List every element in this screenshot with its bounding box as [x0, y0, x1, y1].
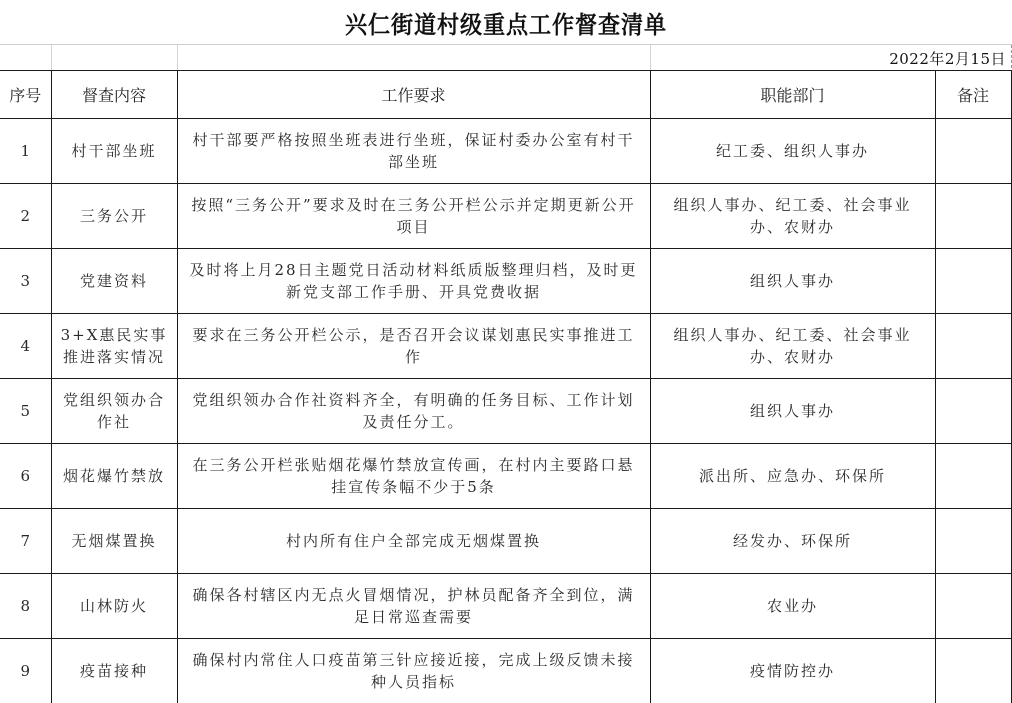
table-row: 2 三务公开 按照“三务公开”要求及时在三务公开栏公示并定期更新公开项目 组织人…: [0, 184, 1011, 249]
cell-remark: [935, 314, 1011, 379]
cell-requirement: 村干部要严格按照坐班表进行坐班，保证村委办公室有村干部坐班: [177, 119, 650, 184]
cell-department: 农业办: [650, 574, 935, 639]
cell-content: 无烟煤置换: [51, 509, 177, 574]
header-requirement: 工作要求: [177, 71, 650, 119]
cell-remark: [935, 509, 1011, 574]
cell-requirement: 确保各村辖区内无点火冒烟情况，护林员配备齐全到位，满足日常巡查需要: [177, 574, 650, 639]
cell-department: 疫情防控办: [650, 639, 935, 703]
title-row: 兴仁街道村级重点工作督查清单: [0, 0, 1012, 45]
document-title: 兴仁街道村级重点工作督查清单: [345, 5, 667, 40]
cell-requirement: 按照“三务公开”要求及时在三务公开栏公示并定期更新公开项目: [177, 184, 650, 249]
cell-department: 组织人事办、纪工委、社会事业办、农财办: [650, 314, 935, 379]
cell-seq: 6: [0, 444, 51, 509]
header-seq: 序号: [0, 71, 51, 119]
cell-seq: 4: [0, 314, 51, 379]
cell-seq: 5: [0, 379, 51, 444]
cell-seq: 2: [0, 184, 51, 249]
grid-line: [650, 45, 651, 70]
date-row: 2022年2月15日: [0, 45, 1012, 70]
grid-line: [177, 45, 178, 70]
table-row: 1 村干部坐班 村干部要严格按照坐班表进行坐班，保证村委办公室有村干部坐班 纪工…: [0, 119, 1011, 184]
cell-requirement: 党组织领办合作社资料齐全，有明确的任务目标、工作计划及责任分工。: [177, 379, 650, 444]
cell-content: 三务公开: [51, 184, 177, 249]
cell-requirement: 要求在三务公开栏公示，是否召开会议谋划惠民实事推进工作: [177, 314, 650, 379]
cell-content: 村干部坐班: [51, 119, 177, 184]
header-row: 序号 督查内容 工作要求 职能部门 备注: [0, 71, 1011, 119]
cell-department: 组织人事办、纪工委、社会事业办、农财办: [650, 184, 935, 249]
cell-remark: [935, 379, 1011, 444]
grid-line: [51, 45, 52, 70]
cell-requirement: 在三务公开栏张贴烟花爆竹禁放宣传画，在村内主要路口悬挂宣传条幅不少于5条: [177, 444, 650, 509]
cell-content: 烟花爆竹禁放: [51, 444, 177, 509]
table-row: 7 无烟煤置换 村内所有住户全部完成无烟煤置换 经发办、环保所: [0, 509, 1011, 574]
table-row: 4 3+X惠民实事推进落实情况 要求在三务公开栏公示，是否召开会议谋划惠民实事推…: [0, 314, 1011, 379]
cell-department: 派出所、应急办、环保所: [650, 444, 935, 509]
table-row: 3 党建资料 及时将上月28日主题党日活动材料纸质版整理归档，及时更新党支部工作…: [0, 249, 1011, 314]
cell-department: 纪工委、组织人事办: [650, 119, 935, 184]
cell-remark: [935, 184, 1011, 249]
cell-seq: 1: [0, 119, 51, 184]
cell-remark: [935, 444, 1011, 509]
cell-remark: [935, 639, 1011, 703]
cell-remark: [935, 119, 1011, 184]
table-row: 6 烟花爆竹禁放 在三务公开栏张贴烟花爆竹禁放宣传画，在村内主要路口悬挂宣传条幅…: [0, 444, 1011, 509]
table-row: 8 山林防火 确保各村辖区内无点火冒烟情况，护林员配备齐全到位，满足日常巡查需要…: [0, 574, 1011, 639]
cell-requirement: 村内所有住户全部完成无烟煤置换: [177, 509, 650, 574]
header-content: 督查内容: [51, 71, 177, 119]
cell-seq: 3: [0, 249, 51, 314]
cell-requirement: 及时将上月28日主题党日活动材料纸质版整理归档，及时更新党支部工作手册、开具党费…: [177, 249, 650, 314]
cell-remark: [935, 574, 1011, 639]
cell-department: 组织人事办: [650, 249, 935, 314]
cell-remark: [935, 249, 1011, 314]
cell-seq: 7: [0, 509, 51, 574]
cell-requirement: 确保村内常住人口疫苗第三针应接近接，完成上级反馈未接种人员指标: [177, 639, 650, 703]
cell-department: 经发办、环保所: [650, 509, 935, 574]
cell-content: 党组织领办合作社: [51, 379, 177, 444]
cell-content: 3+X惠民实事推进落实情况: [51, 314, 177, 379]
document-date: 2022年2月15日: [889, 48, 1006, 69]
cell-department: 组织人事办: [650, 379, 935, 444]
header-remark: 备注: [935, 71, 1011, 119]
header-department: 职能部门: [650, 71, 935, 119]
inspection-table: 序号 督查内容 工作要求 职能部门 备注 1 村干部坐班 村干部要严格按照坐班表…: [0, 70, 1012, 703]
table-row: 9 疫苗接种 确保村内常住人口疫苗第三针应接近接，完成上级反馈未接种人员指标 疫…: [0, 639, 1011, 703]
cell-seq: 9: [0, 639, 51, 703]
cell-content: 疫苗接种: [51, 639, 177, 703]
table-row: 5 党组织领办合作社 党组织领办合作社资料齐全，有明确的任务目标、工作计划及责任…: [0, 379, 1011, 444]
cell-content: 山林防火: [51, 574, 177, 639]
cell-content: 党建资料: [51, 249, 177, 314]
cell-seq: 8: [0, 574, 51, 639]
